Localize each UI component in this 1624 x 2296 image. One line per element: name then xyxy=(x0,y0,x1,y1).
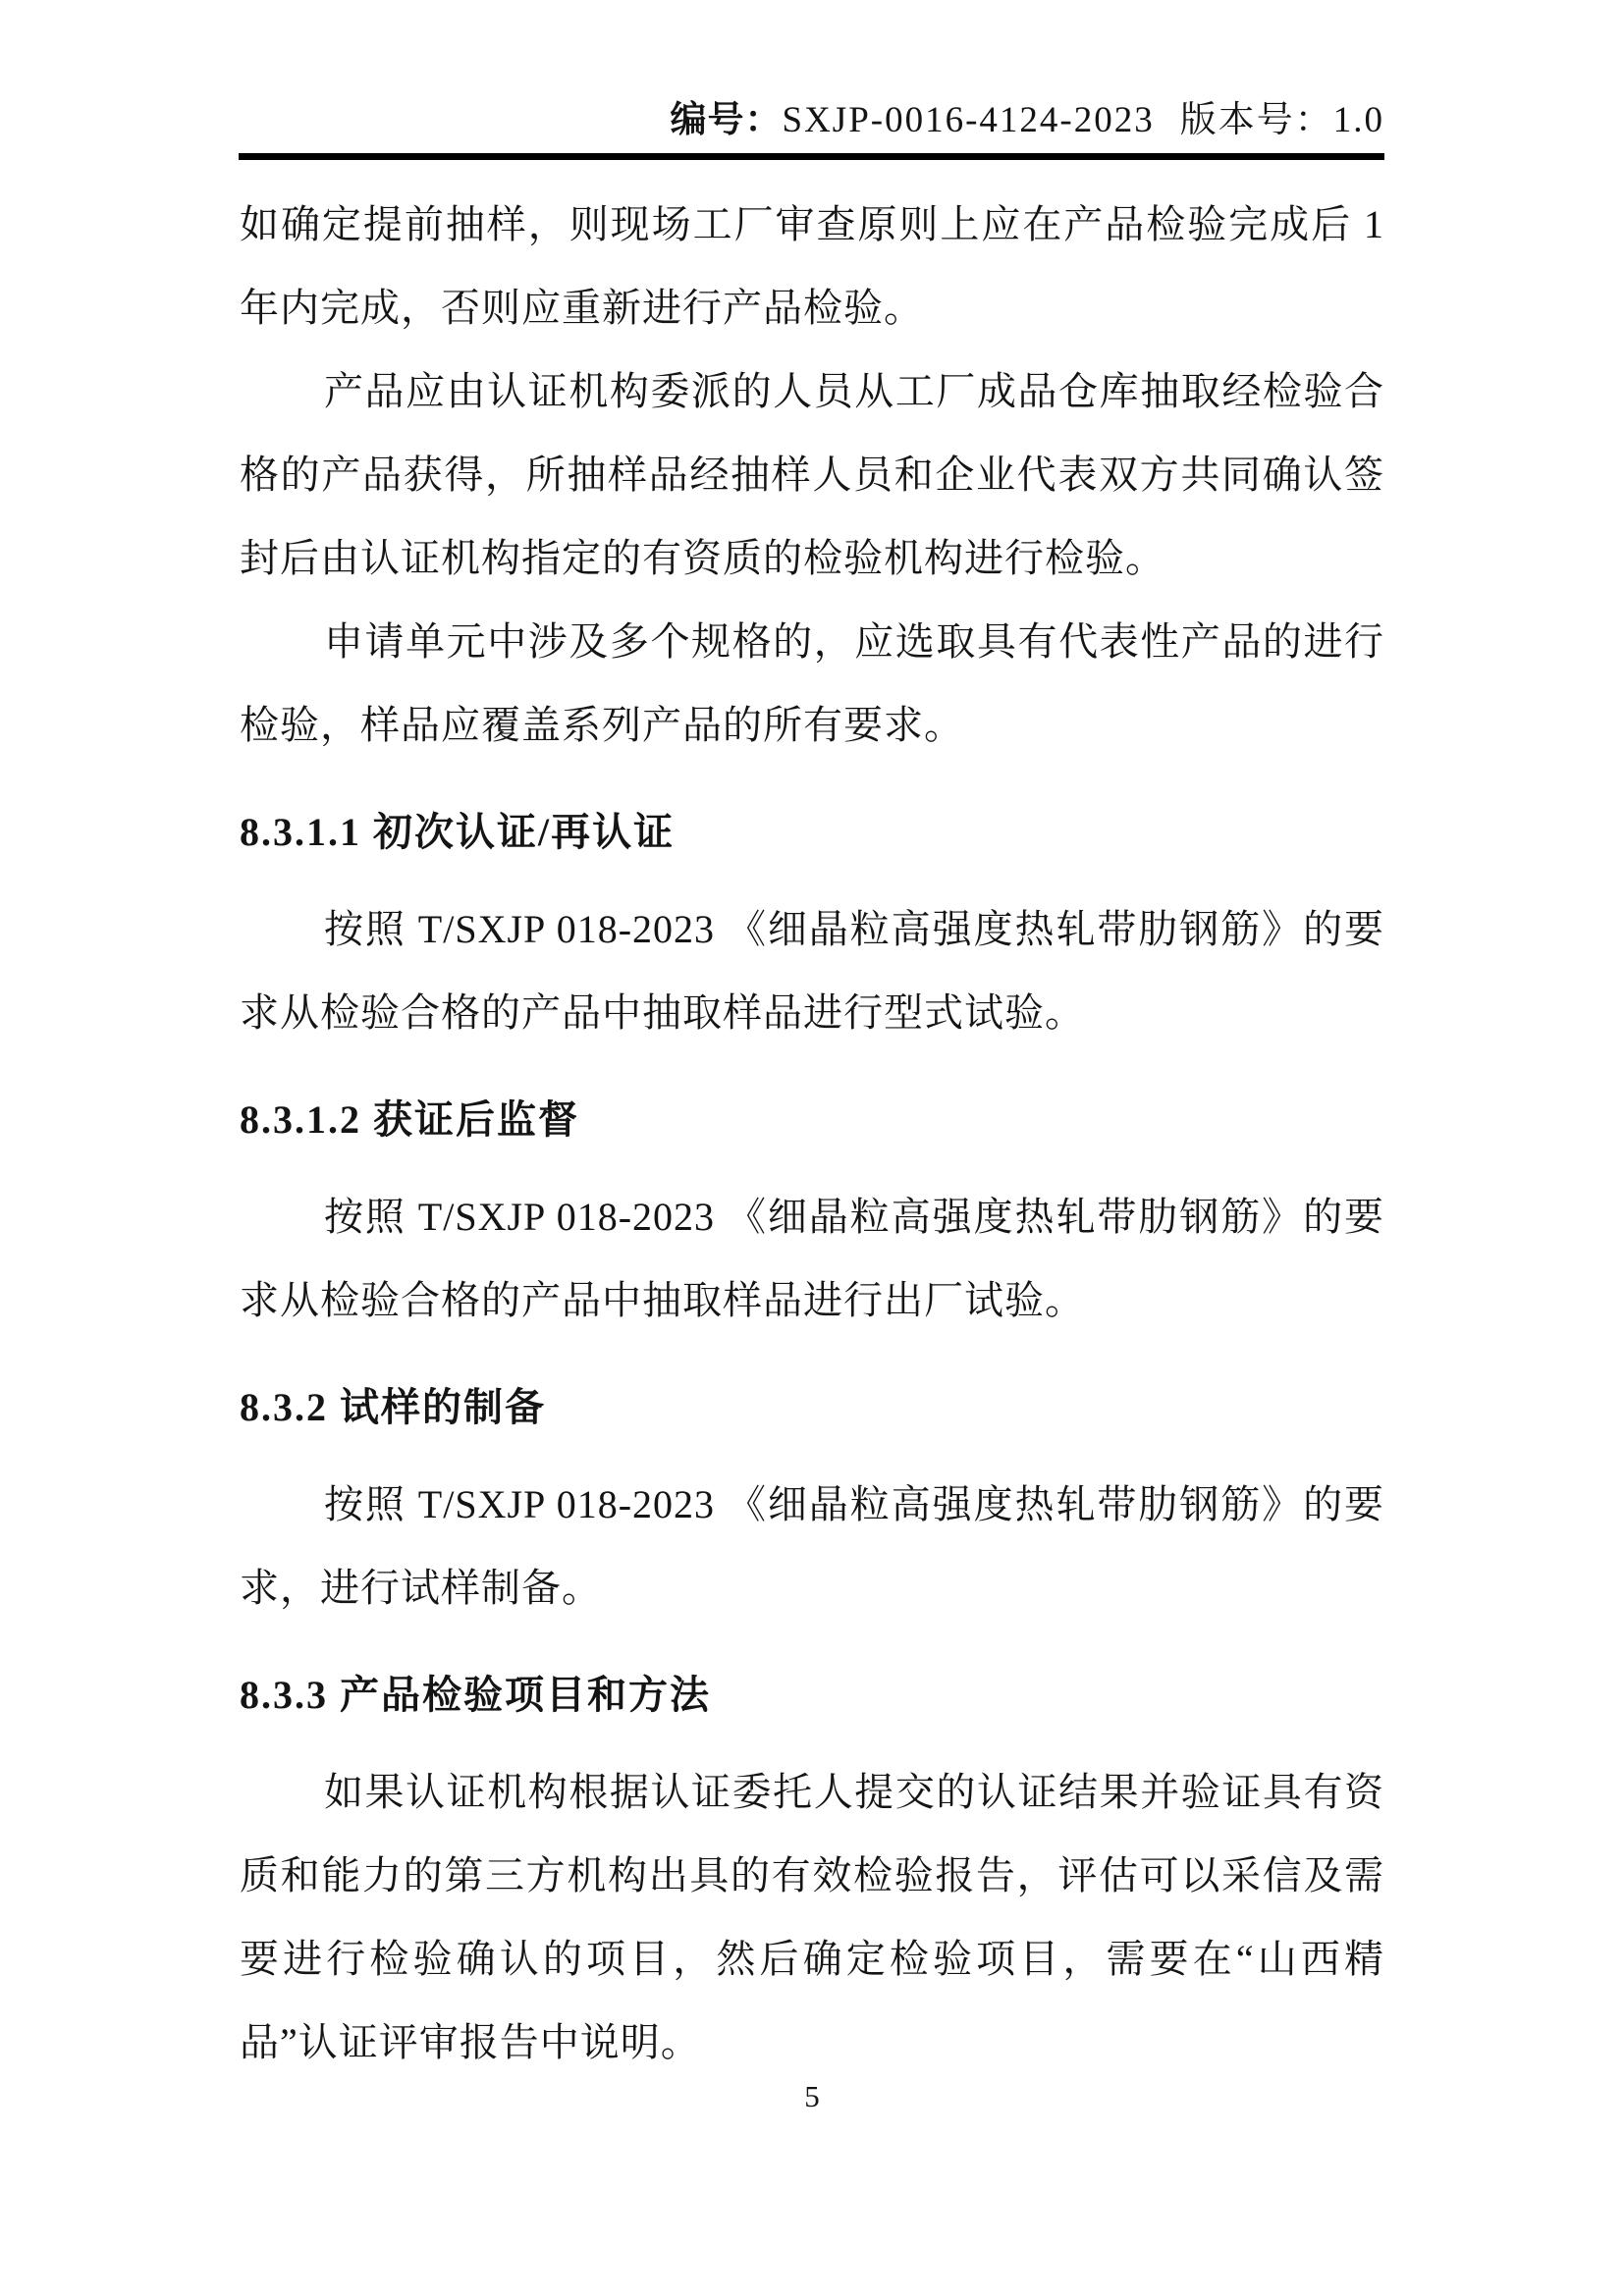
body-paragraph: 按照 T/SXJP 018-2023 《细晶粒高强度热轧带肋钢筋》的要求，进行试… xyxy=(240,1463,1384,1629)
body-paragraph: 产品应由认证机构委派的人员从工厂成品仓库抽取经检验合格的产品获得，所抽样品经抽样… xyxy=(240,349,1384,600)
page-header: 编号：SXJP-0016-4124-2023版本号：1.0 xyxy=(240,96,1384,144)
section-heading: 8.3.2 试样的制备 xyxy=(240,1365,1384,1449)
document-body: 如确定提前抽样，则现场工厂审查原则上应在产品检验完成后 1 年内完成，否则应重新… xyxy=(240,183,1384,2084)
body-paragraph: 如确定提前抽样，则现场工厂审查原则上应在产品检验完成后 1 年内完成，否则应重新… xyxy=(240,183,1384,349)
section-heading: 8.3.1.2 获证后监督 xyxy=(240,1078,1384,1161)
page-footer: 5 xyxy=(0,2073,1624,2120)
header-divider-rule xyxy=(239,153,1384,160)
page-number: 5 xyxy=(804,2079,820,2113)
doc-number-value: SXJP-0016-4124-2023 xyxy=(783,100,1155,140)
version-value: 1.0 xyxy=(1333,100,1384,140)
body-paragraph: 按照 T/SXJP 018-2023 《细晶粒高强度热轧带肋钢筋》的要求从检验合… xyxy=(240,887,1384,1054)
section-heading: 8.3.1.1 初次认证/再认证 xyxy=(240,790,1384,874)
doc-number-label: 编号： xyxy=(671,98,783,140)
document-page: 编号：SXJP-0016-4124-2023版本号：1.0 如确定提前抽样，则现… xyxy=(0,0,1624,2296)
body-paragraph: 申请单元中涉及多个规格的，应选取具有代表性产品的进行检验，样品应覆盖系列产品的所… xyxy=(240,600,1384,767)
body-paragraph: 按照 T/SXJP 018-2023 《细晶粒高强度热轧带肋钢筋》的要求从检验合… xyxy=(240,1175,1384,1342)
version-label: 版本号： xyxy=(1180,100,1333,140)
section-heading: 8.3.3 产品检验项目和方法 xyxy=(240,1653,1384,1736)
body-paragraph: 如果认证机构根据认证委托人提交的认证结果并验证具有资质和能力的第三方机构出具的有… xyxy=(240,1750,1384,2084)
